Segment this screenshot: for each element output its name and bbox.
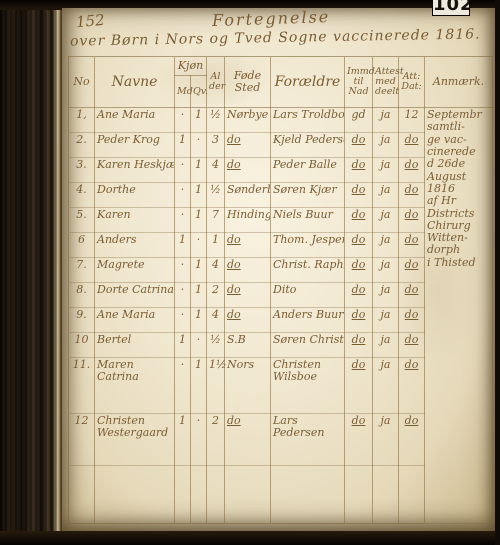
cell-attest-date: do bbox=[399, 183, 425, 208]
printed-folio-tab: 102 bbox=[433, 0, 469, 15]
header-row: NoNavneKjønAlderFødeStedForældreImmdtilN… bbox=[69, 57, 493, 76]
empty-cell bbox=[175, 466, 191, 524]
column-header-attest: Attestmeddeelt bbox=[373, 57, 399, 108]
cell-birthplace: S.B bbox=[225, 333, 271, 358]
cell-parents: Christen Wilsboe bbox=[271, 358, 345, 414]
cell-attest-issued: ja bbox=[373, 108, 399, 133]
cell-name: Maren Catrina bbox=[95, 358, 175, 414]
column-subheader-md: Md bbox=[175, 76, 191, 108]
cell-outcome: gd bbox=[345, 108, 373, 133]
table-row: 1,Ane Maria·1½NørbyeLars Troldborggdja12… bbox=[69, 108, 493, 133]
column-header-kjon: Kjøn bbox=[175, 57, 207, 76]
cell-name: Karen Heskjær bbox=[95, 158, 175, 183]
register-table: NoNavneKjønAlderFødeStedForældreImmdtilN… bbox=[68, 56, 493, 524]
cell-annotations: Septembrsamtli-ge vac-cinereded 26deAugu… bbox=[425, 108, 493, 524]
cell-attest-date: do bbox=[399, 208, 425, 233]
cell-age: ½ bbox=[207, 108, 225, 133]
cell-outcome: do bbox=[345, 283, 373, 308]
cell-parents: Anders Buur bbox=[271, 308, 345, 333]
cell-parents: Dito bbox=[271, 283, 345, 308]
cell-parents: Niels Buur bbox=[271, 208, 345, 233]
cell-parents: Christ. Raphøy bbox=[271, 258, 345, 283]
cell-attest-issued: ja bbox=[373, 233, 399, 258]
cell-sex-male: · bbox=[175, 308, 191, 333]
cell-sex-female: 1 bbox=[191, 158, 207, 183]
cell-attest-date: do bbox=[399, 258, 425, 283]
cell-age: 7 bbox=[207, 208, 225, 233]
cell-attest-issued: ja bbox=[373, 258, 399, 283]
cell-birthplace: Hinding bbox=[225, 208, 271, 233]
empty-cell bbox=[399, 466, 425, 524]
book-binding-edge bbox=[0, 0, 64, 545]
cell-sex-female: 1 bbox=[191, 358, 207, 414]
cell-sex-female: 1 bbox=[191, 108, 207, 133]
column-header-navne: Navne bbox=[95, 57, 175, 108]
cell-sex-male: · bbox=[175, 258, 191, 283]
cell-age: ½ bbox=[207, 333, 225, 358]
cell-parents: Peder Balle bbox=[271, 158, 345, 183]
cell-sex-female: 1 bbox=[191, 308, 207, 333]
cell-birthplace: do bbox=[225, 233, 271, 258]
cell-sex-male: · bbox=[175, 208, 191, 233]
empty-cell bbox=[225, 466, 271, 524]
cell-sex-male: · bbox=[175, 158, 191, 183]
cell-attest-date: 12 bbox=[399, 108, 425, 133]
cell-sex-female: · bbox=[191, 333, 207, 358]
cell-outcome: do bbox=[345, 133, 373, 158]
scan-right-border bbox=[495, 0, 500, 545]
paper-page: 152 Fortegnelse over Børn i Nors og Tved… bbox=[62, 8, 496, 532]
cell-birthplace: Sønderbye bbox=[225, 183, 271, 208]
cell-attest-date: do bbox=[399, 283, 425, 308]
cell-sex-male: 1 bbox=[175, 133, 191, 158]
cell-age: 4 bbox=[207, 308, 225, 333]
cell-sex-male: 1 bbox=[175, 333, 191, 358]
printed-folio-number: 102 bbox=[433, 0, 469, 15]
column-header-anm: Anmærk. bbox=[425, 57, 493, 108]
cell-outcome: do bbox=[345, 414, 373, 466]
empty-cell bbox=[373, 466, 399, 524]
cell-name: Peder Krog bbox=[95, 133, 175, 158]
cell-birthplace: do bbox=[225, 308, 271, 333]
cell-age: ½ bbox=[207, 183, 225, 208]
cell-name: Ane Maria bbox=[95, 308, 175, 333]
cell-name: Anders bbox=[95, 233, 175, 258]
cell-sex-male: · bbox=[175, 358, 191, 414]
cell-age: 1½ bbox=[207, 358, 225, 414]
cell-age: 2 bbox=[207, 283, 225, 308]
cell-name: Ane Maria bbox=[95, 108, 175, 133]
empty-cell bbox=[69, 466, 95, 524]
cell-sex-male: 1 bbox=[175, 414, 191, 466]
cell-row-number: 4. bbox=[69, 183, 95, 208]
column-header-no: No bbox=[69, 57, 95, 108]
cell-sex-female: · bbox=[191, 133, 207, 158]
cell-row-number: 3. bbox=[69, 158, 95, 183]
scan-bottom-border bbox=[0, 531, 500, 545]
cell-attest-issued: ja bbox=[373, 414, 399, 466]
cell-name: Dorthe bbox=[95, 183, 175, 208]
cell-attest-issued: ja bbox=[373, 208, 399, 233]
cell-birthplace: do bbox=[225, 133, 271, 158]
cell-birthplace: do bbox=[225, 414, 271, 466]
cell-sex-female: 1 bbox=[191, 258, 207, 283]
cell-outcome: do bbox=[345, 158, 373, 183]
cell-attest-issued: ja bbox=[373, 183, 399, 208]
cell-row-number: 5. bbox=[69, 208, 95, 233]
cell-sex-male: · bbox=[175, 183, 191, 208]
cell-attest-date: do bbox=[399, 233, 425, 258]
cell-sex-male: · bbox=[175, 283, 191, 308]
page-title: Fortegnelse bbox=[212, 7, 331, 30]
cell-birthplace: Nørbye bbox=[225, 108, 271, 133]
cell-name: Christen Westergaard bbox=[95, 414, 175, 466]
cell-outcome: do bbox=[345, 233, 373, 258]
cell-attest-issued: ja bbox=[373, 358, 399, 414]
column-subheader-qv: Qv. bbox=[191, 76, 207, 108]
cell-outcome: do bbox=[345, 358, 373, 414]
cell-age: 4 bbox=[207, 258, 225, 283]
cell-name: Karen bbox=[95, 208, 175, 233]
cell-sex-female: 1 bbox=[191, 183, 207, 208]
column-header-alder: Alder bbox=[207, 57, 225, 108]
cell-birthplace: do bbox=[225, 258, 271, 283]
cell-attest-date: do bbox=[399, 133, 425, 158]
cell-row-number: 6 bbox=[69, 233, 95, 258]
cell-row-number: 9. bbox=[69, 308, 95, 333]
cell-row-number: 8. bbox=[69, 283, 95, 308]
cell-attest-issued: ja bbox=[373, 283, 399, 308]
cell-attest-issued: ja bbox=[373, 308, 399, 333]
cell-row-number: 12 bbox=[69, 414, 95, 466]
cell-outcome: do bbox=[345, 308, 373, 333]
column-header-att-dato: Att:Dat: bbox=[399, 57, 425, 108]
cell-age: 4 bbox=[207, 158, 225, 183]
cell-attest-date: do bbox=[399, 308, 425, 333]
cell-sex-female: · bbox=[191, 414, 207, 466]
cell-attest-issued: ja bbox=[373, 333, 399, 358]
cell-attest-issued: ja bbox=[373, 158, 399, 183]
register-table-body: 1,Ane Maria·1½NørbyeLars Troldborggdja12… bbox=[69, 108, 493, 524]
cell-attest-date: do bbox=[399, 333, 425, 358]
column-header-udfald: ImmdtilNad bbox=[345, 57, 373, 108]
cell-attest-issued: ja bbox=[373, 133, 399, 158]
cell-row-number: 1, bbox=[69, 108, 95, 133]
cell-outcome: do bbox=[345, 333, 373, 358]
cell-sex-male: · bbox=[175, 108, 191, 133]
cell-attest-date: do bbox=[399, 414, 425, 466]
cell-parents: Lars Pedersen bbox=[271, 414, 345, 466]
register-table-header: NoNavneKjønAlderFødeStedForældreImmdtilN… bbox=[69, 57, 493, 108]
column-header-foraldre: Forældre bbox=[271, 57, 345, 108]
cell-sex-male: 1 bbox=[175, 233, 191, 258]
cell-row-number: 10 bbox=[69, 333, 95, 358]
cell-parents: Lars Troldborg bbox=[271, 108, 345, 133]
cell-name: Magrete bbox=[95, 258, 175, 283]
cell-parents: Søren Kjær bbox=[271, 183, 345, 208]
cell-outcome: do bbox=[345, 258, 373, 283]
column-header-fodested: FødeSted bbox=[225, 57, 271, 108]
cell-name: Bertel bbox=[95, 333, 175, 358]
cell-row-number: 11. bbox=[69, 358, 95, 414]
cell-birthplace: do bbox=[225, 283, 271, 308]
cell-sex-female: 1 bbox=[191, 283, 207, 308]
scanned-register-page: 152 Fortegnelse over Børn i Nors og Tved… bbox=[0, 0, 500, 545]
empty-cell bbox=[95, 466, 175, 524]
empty-cell bbox=[345, 466, 373, 524]
cell-parents: Thom. Jespersen bbox=[271, 233, 345, 258]
cell-sex-female: · bbox=[191, 233, 207, 258]
cell-age: 3 bbox=[207, 133, 225, 158]
cell-sex-female: 1 bbox=[191, 208, 207, 233]
empty-cell bbox=[191, 466, 207, 524]
folio-number-ink: 152 bbox=[75, 11, 105, 31]
cell-outcome: do bbox=[345, 208, 373, 233]
cell-attest-date: do bbox=[399, 158, 425, 183]
cell-birthplace: Nors bbox=[225, 358, 271, 414]
cell-parents: Søren Christians. bbox=[271, 333, 345, 358]
cell-row-number: 7. bbox=[69, 258, 95, 283]
cell-name: Dorte Catrina bbox=[95, 283, 175, 308]
cell-row-number: 2. bbox=[69, 133, 95, 158]
cell-age: 1 bbox=[207, 233, 225, 258]
empty-cell bbox=[271, 466, 345, 524]
cell-parents: Kjeld Pedersen bbox=[271, 133, 345, 158]
empty-cell bbox=[207, 466, 225, 524]
cell-attest-date: do bbox=[399, 358, 425, 414]
cell-outcome: do bbox=[345, 183, 373, 208]
cell-birthplace: do bbox=[225, 158, 271, 183]
page-subtitle: over Børn i Nors og Tved Sogne vaccinere… bbox=[70, 26, 481, 49]
cell-age: 2 bbox=[207, 414, 225, 466]
